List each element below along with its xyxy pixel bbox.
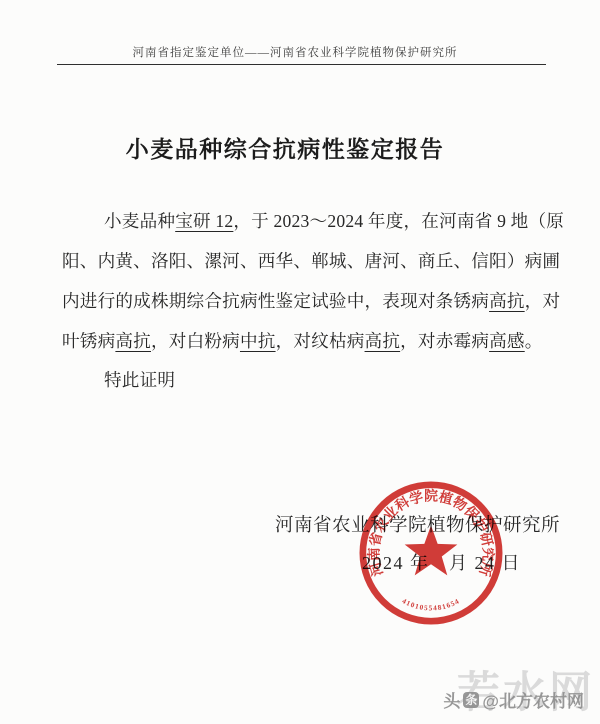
text-segment: 内进行的成株期综合抗病性鉴定试验中，表现对条锈病 xyxy=(62,291,489,311)
text-segment: 宝研 12 xyxy=(175,211,233,231)
seal-code: 4101055481654 xyxy=(401,597,462,612)
text-segment: 小麦品种 xyxy=(104,211,175,231)
body-line-3: 内进行的成株期综合抗病性鉴定试验中，表现对条锈病高抗，对 xyxy=(62,281,548,321)
text-segment: 阳、内黄、洛阳、漯河、西华、郸城、唐河、商丘、信阳）病圃 xyxy=(62,251,560,271)
text-segment: 高抗 xyxy=(489,291,525,311)
header-divider xyxy=(57,64,546,65)
watermark-handle: @北方农村网 xyxy=(482,687,584,712)
text-segment: 高抗 xyxy=(115,331,151,351)
toutiao-app-icon: 条 xyxy=(463,692,479,708)
text-segment: ，对白粉病 xyxy=(151,331,240,351)
closing-statement: 特此证明 xyxy=(62,362,548,398)
text-segment: 。 xyxy=(525,331,543,351)
text-segment: ，对纹枯病 xyxy=(276,331,365,351)
body-line-1: 小麦品种宝研 12，于 2023～2024 年度，在河南省 9 地（原 xyxy=(62,201,548,241)
report-body: 小麦品种宝研 12，于 2023～2024 年度，在河南省 9 地（原 阳、内黄… xyxy=(62,201,548,398)
watermark-prefix: 头 xyxy=(443,687,460,712)
text-segment: ，于 2023～2024 年度，在河南省 9 地（原 xyxy=(233,211,564,231)
body-line-2: 阳、内黄、洛阳、漯河、西华、郸城、唐河、商丘、信阳）病圃 xyxy=(62,241,548,281)
text-segment: ，对 xyxy=(525,291,561,311)
report-page: 河南省指定鉴定单位——河南省农业科学院植物保护研究所 小麦品种综合抗病性鉴定报告… xyxy=(0,0,600,724)
text-segment: ，对赤霉病 xyxy=(400,331,489,351)
text-segment: 高感 xyxy=(489,331,525,351)
seal-star xyxy=(405,525,458,575)
report-title: 小麦品种综合抗病性鉴定报告 xyxy=(0,131,570,164)
header-unit-line: 河南省指定鉴定单位——河南省农业科学院植物保护研究所 xyxy=(0,44,590,60)
body-line-4: 叶锈病高抗，对白粉病中抗，对纹枯病高抗，对赤霉病高感。 xyxy=(62,321,548,361)
text-segment: 高抗 xyxy=(365,331,401,351)
text-segment: 叶锈病 xyxy=(62,331,115,351)
text-segment: 中抗 xyxy=(240,331,276,351)
watermark-credit: 头 条 @北方农村网 xyxy=(443,687,584,712)
official-seal-stamp: 河南省农业科学院植物保护研究所 4101055481654 xyxy=(349,471,513,635)
